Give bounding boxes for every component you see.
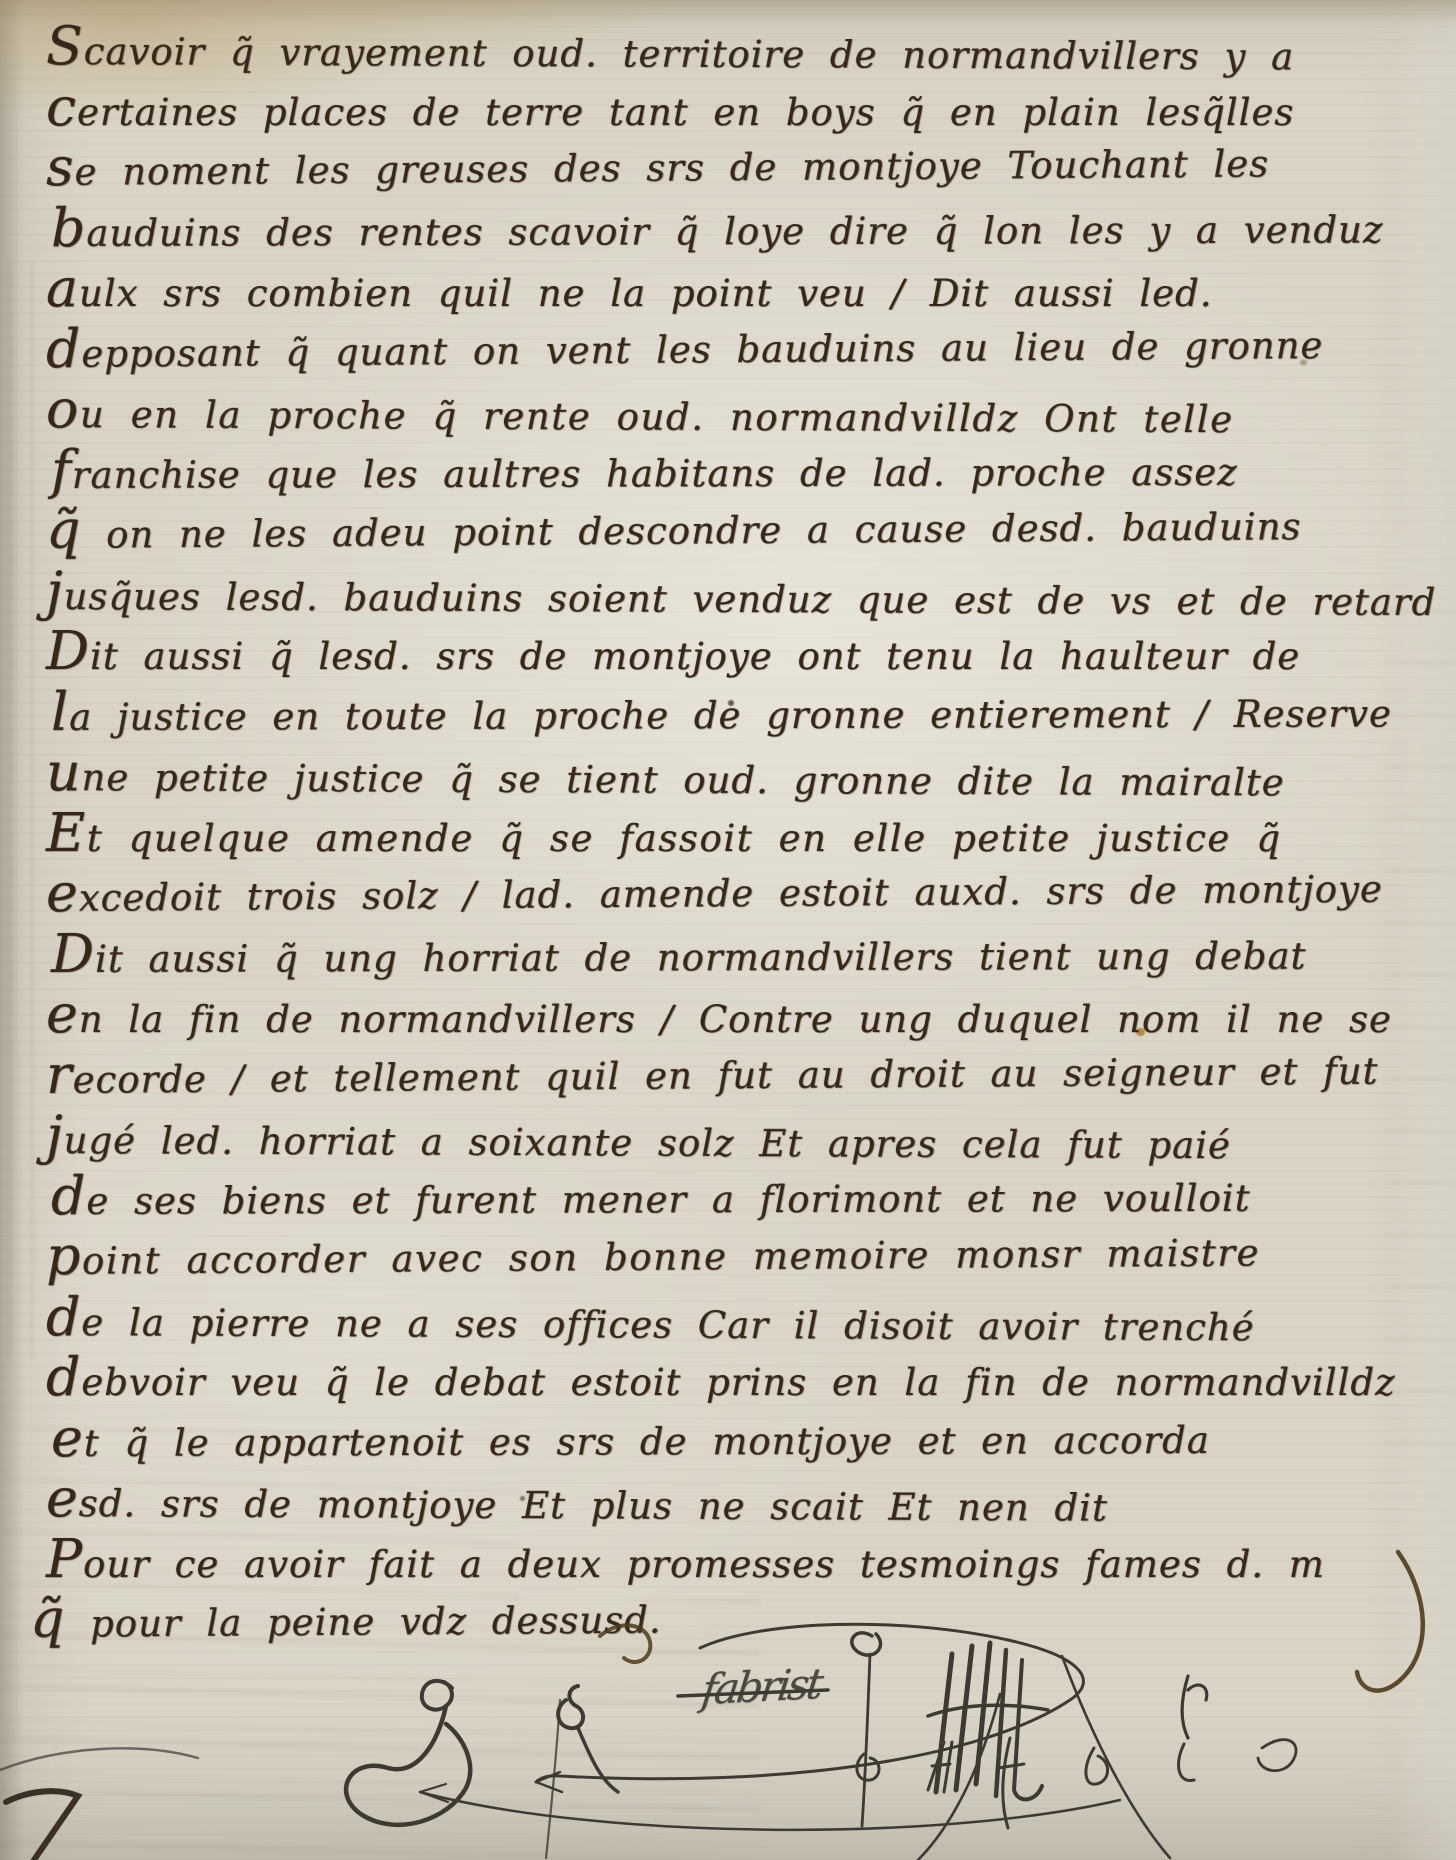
text-line: la justice en toute la proche de gronne … xyxy=(51,678,1443,742)
text-line: aulx srs combien quil ne la point veu / … xyxy=(46,258,1438,319)
text-line: une petite justice q̃ se tient oud. gron… xyxy=(46,742,1438,809)
text-line: esd. srs de montjoye Et plus ne scait Et… xyxy=(46,1468,1438,1535)
text-line: et q̃ le appartenoit es srs de montjoye … xyxy=(51,1404,1443,1468)
text-line: ou en la proche q̃ rente oud. normandvil… xyxy=(46,379,1438,446)
text-line: q̃ pour la peine vdz dessusd. xyxy=(30,1579,1438,1649)
paraph-lower-glyphs xyxy=(0,1656,1296,1860)
paraph-left-loop xyxy=(346,1681,470,1825)
text-line: bauduins des rentes scavoir q̃ loye dire… xyxy=(51,194,1443,258)
corner-mark-stroke xyxy=(6,1791,78,1860)
text-line: jusq̃ues lesd. bauduins soient venduz qu… xyxy=(46,561,1438,628)
text-line: debvoir veu q̃ le debat estoit prins en … xyxy=(46,1347,1438,1408)
text-line: franchise que les aultres habitans de la… xyxy=(51,436,1443,500)
text-line: recorde / et tellement quil en fut au dr… xyxy=(46,1035,1438,1105)
text-line: en la fin de normandvillers / Contre ung… xyxy=(46,984,1438,1045)
paraph-swoosh xyxy=(420,1624,1120,1830)
text-line: excedoit trois solz / lad. amende estoit… xyxy=(46,853,1438,923)
text-line: Dit aussi q̃ lesd. srs de montjoye ont t… xyxy=(46,621,1438,682)
text-line: q̃ on ne les adeu point descondre a caus… xyxy=(46,490,1438,560)
text-line: Dit aussi q̃ ung horriat de normandville… xyxy=(51,920,1443,984)
text-line: Scavoir q̃ vrayement oud. territoire de … xyxy=(46,16,1438,83)
text-line: jugé led. horriat a soixante solz Et apr… xyxy=(46,1105,1438,1172)
text-line: de ses biens et furent mener a florimont… xyxy=(51,1162,1443,1226)
text-line: depposant q̃ quant on vent les bauduins … xyxy=(46,309,1438,379)
text-line: point accorder avec son bonne memoire mo… xyxy=(46,1216,1438,1286)
manuscript-text-block: Scavoir q̃ vrayement oud. territoire de … xyxy=(46,16,1438,1650)
manuscript-page: Scavoir q̃ vrayement oud. territoire de … xyxy=(0,0,1456,1860)
verso-show-through xyxy=(0,260,46,1360)
signature-name-scribble: fabrist xyxy=(699,1659,823,1715)
text-line: se noment les greuses des srs de montjoy… xyxy=(46,127,1438,197)
text-line: de la pierre ne a ses offices Car il dis… xyxy=(46,1287,1438,1354)
